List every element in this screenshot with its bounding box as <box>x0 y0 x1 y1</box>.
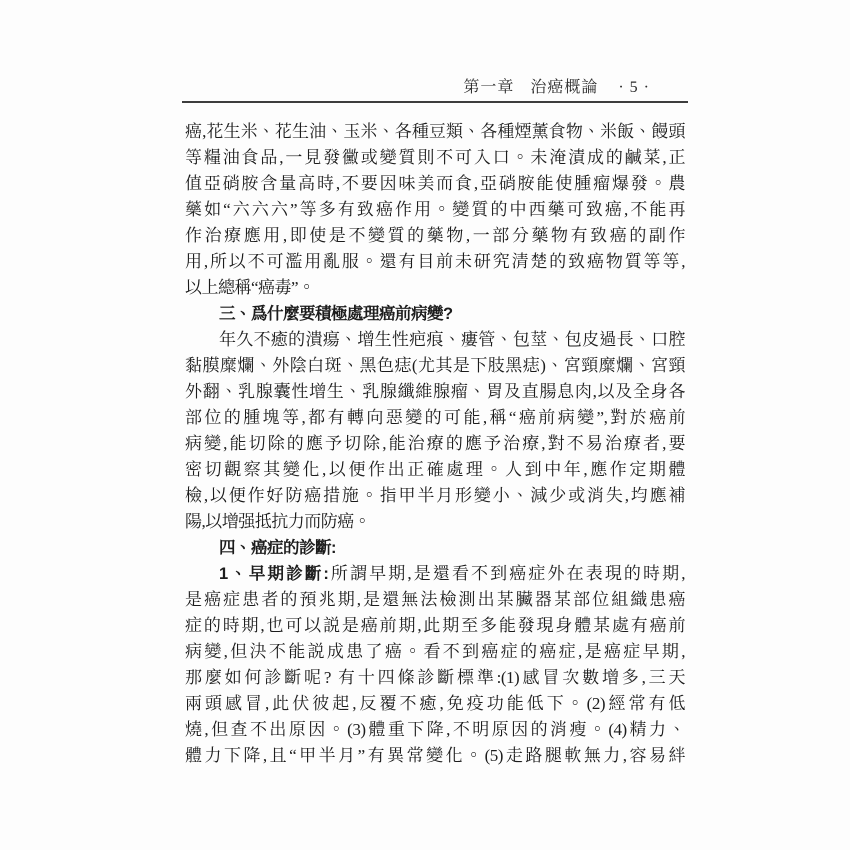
text-line: 黏膜糜爛、外陰白斑、黑色痣(尤其是下肢黑痣)、宮頸糜爛、宮頸 <box>185 353 685 379</box>
text-line: 檢,以便作好防癌措施。指甲半月形變小、減少或消失,均應補 <box>185 483 685 509</box>
text-line: 等糧油食品,一見發黴或變質則不可入口。未淹漬成的鹹菜,正 <box>185 145 685 171</box>
text-line: 值亞硝胺含量高時,不要因味美而食,亞硝胺能使腫瘤爆發。農 <box>185 171 685 197</box>
text-line: 是癌症患者的預兆期,是還無法檢測出某臟器某部位組織患癌 <box>185 587 685 613</box>
text-line: 病變,但決不能説成患了癌。看不到癌症的癌症,是癌症早期, <box>185 639 685 665</box>
text-line: 兩頭感冒,此伏彼起,反覆不癒,免疫功能低下。(2)經常有低 <box>185 691 685 717</box>
header-divider-rule <box>182 101 688 103</box>
book-page-scan: 第一章 治癌概論 · 5 · 癌,花生米、花生油、玉米、各種豆類、各種煙薰食物、… <box>0 0 850 850</box>
text-line: 以上總稱“癌毒”。 <box>185 275 685 301</box>
chapter-title: 治癌概論 <box>530 74 598 97</box>
body-text-block: 癌,花生米、花生油、玉米、各種豆類、各種煙薰食物、米飯、饅頭 等糧油食品,一見發… <box>185 119 685 769</box>
text-line: 用,所以不可濫用亂服。還有目前未研究清楚的致癌物質等等, <box>185 249 685 275</box>
text-line: 作治療應用,即使是不變質的藥物,一部分藥物有致癌的副作 <box>185 223 685 249</box>
running-head: 第一章 治癌概論 · 5 · <box>185 74 650 97</box>
text-line: 癌,花生米、花生油、玉米、各種豆類、各種煙薰食物、米飯、饅頭 <box>185 119 685 145</box>
text-line: 年久不癒的潰瘍、增生性疤痕、瘻管、包莖、包皮過長、口腔 <box>185 327 685 353</box>
chapter-number: 第一章 <box>463 74 514 97</box>
text-line: 那麼如何診斷呢? 有十四條診斷標準:(1)感冒次數增多,三天 <box>185 665 685 691</box>
text-line: 藥如“六六六”等多有致癌作用。變質的中西藥可致癌,不能再 <box>185 197 685 223</box>
text-line: 密切觀察其變化,以便作出正確處理。人到中年,應作定期體 <box>185 457 685 483</box>
page-number: · 5 · <box>618 79 650 97</box>
text-line: 燒,但查不出原因。(3)體重下降,不明原因的消瘦。(4)精力、 <box>185 717 685 743</box>
section-heading-precancer-lesions: 三、爲什麼要積極處理癌前病變? <box>185 301 685 327</box>
text-run: 所謂早期,是還看不到癌症外在表現的時期, <box>328 564 685 583</box>
subsection-label-early-diagnosis: 1、早期診斷: <box>219 565 328 583</box>
text-line: 部位的腫塊等,都有轉向惡變的可能,稱“癌前病變”,對於癌前 <box>185 405 685 431</box>
text-line: 病變,能切除的應予切除,能治療的應予治療,對不易治療者,要 <box>185 431 685 457</box>
text-line: 1、早期診斷:所謂早期,是還看不到癌症外在表現的時期, <box>185 561 685 587</box>
text-line: 症的時期,也可以説是癌前期,此期至多能發現身體某處有癌前 <box>185 613 685 639</box>
text-line: 陽,以增强抵抗力而防癌。 <box>185 509 685 535</box>
text-line: 外翻、乳腺囊性增生、乳腺纖維腺瘤、胃及直腸息肉,以及全身各 <box>185 379 685 405</box>
text-line: 體力下降,且“甲半月”有異常變化。(5)走路腿軟無力,容易絆 <box>185 743 685 769</box>
section-heading-cancer-diagnosis: 四、癌症的診斷: <box>185 535 685 561</box>
